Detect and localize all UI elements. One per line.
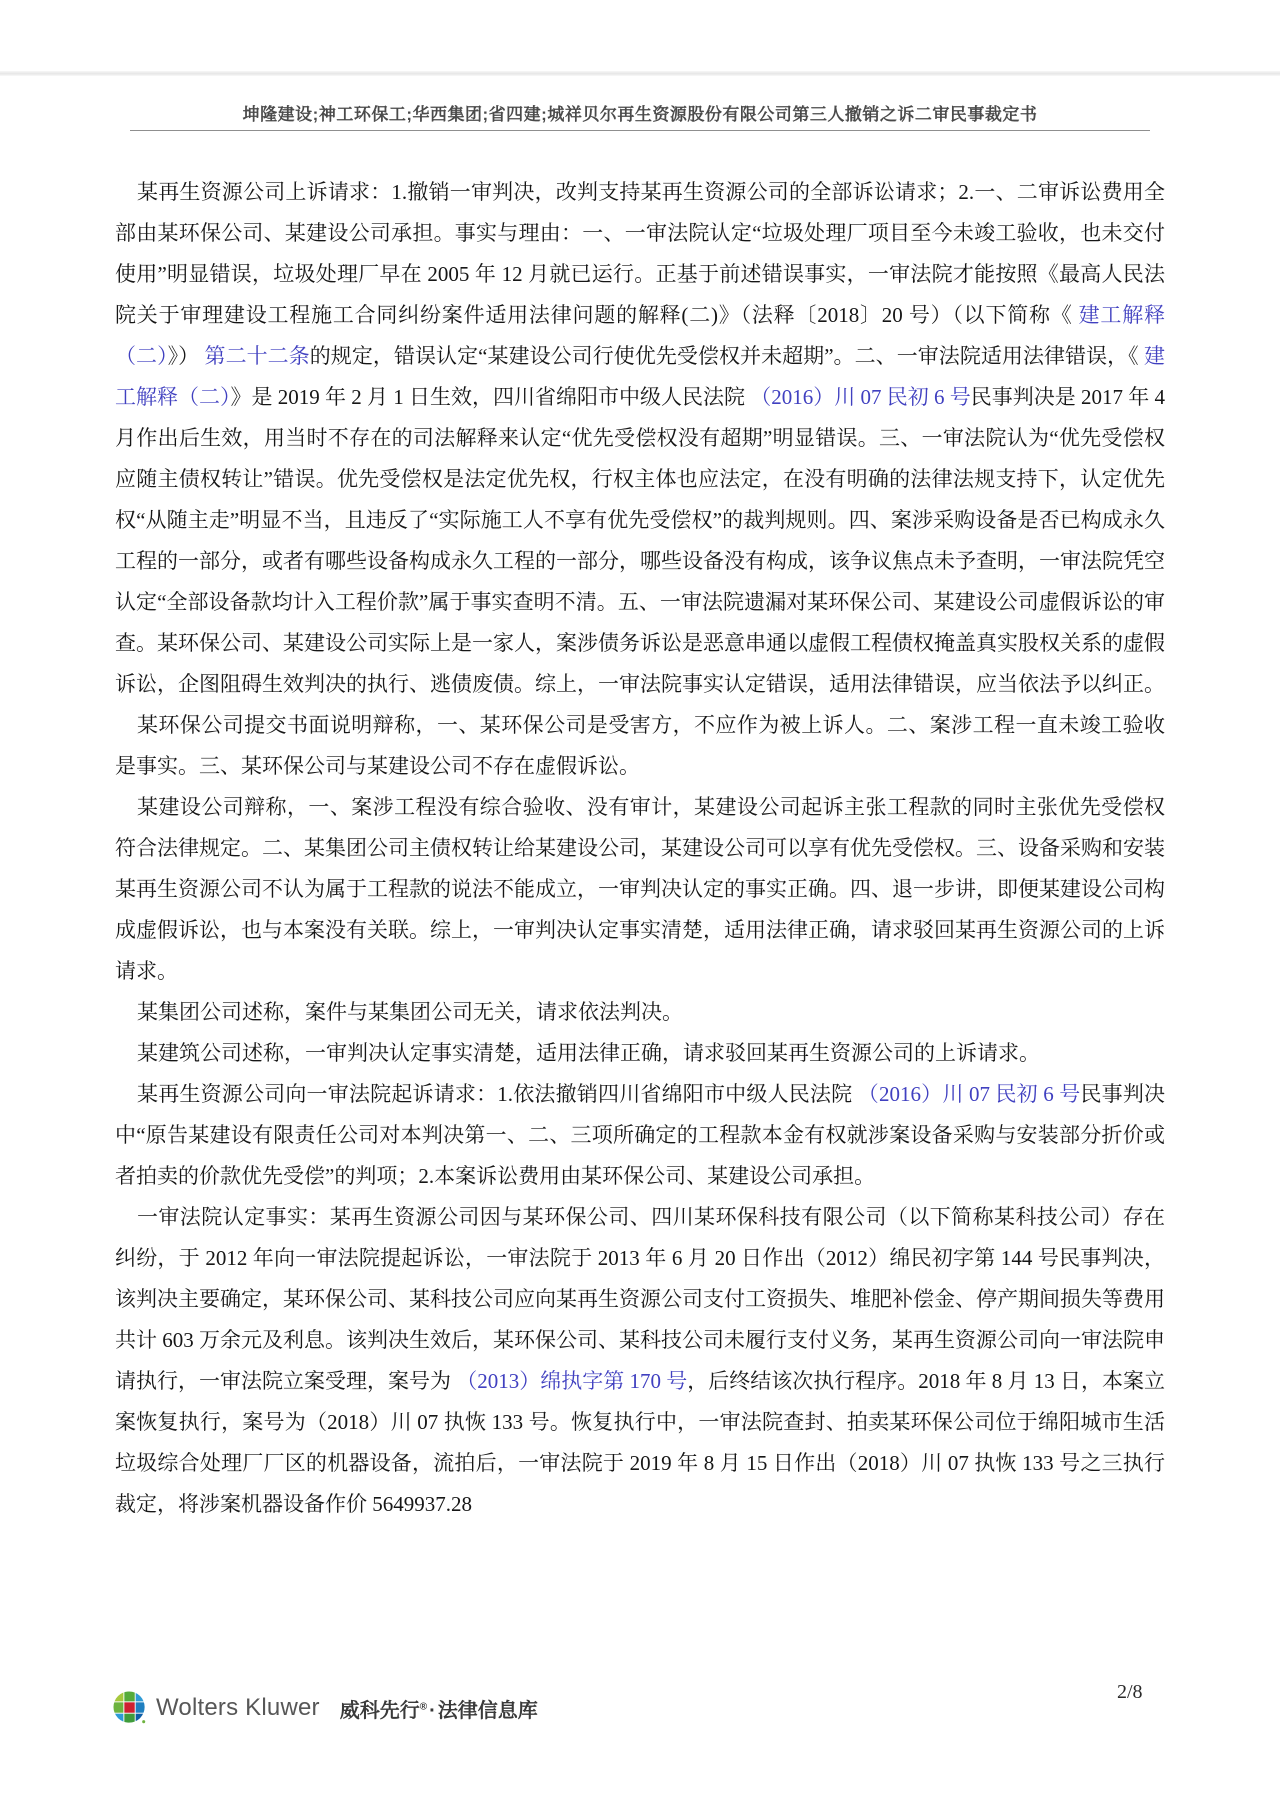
wolters-kluwer-wordmark: Wolters Kluwer bbox=[156, 1694, 320, 1722]
case-reference-link[interactable]: （2013）绵执字第 170 号 bbox=[456, 1369, 687, 1393]
law-article-link[interactable]: 第二十二条 bbox=[205, 344, 310, 368]
paragraph: 某建设公司辩称，一、案涉工程没有综合验收、没有审计，某建设公司起诉主张工程款的同… bbox=[115, 787, 1165, 992]
text-run: 某建设公司辩称，一、案涉工程没有综合验收、没有审计，某建设公司起诉主张工程款的同… bbox=[115, 795, 1165, 983]
product-suffix: 法律信息库 bbox=[438, 1700, 538, 1722]
header-divider bbox=[130, 130, 1150, 131]
paragraph: 某再生资源公司上诉请求：1.撤销一审判决，改判支持某再生资源公司的全部诉讼请求；… bbox=[115, 172, 1165, 705]
paragraph: 某集团公司述称，案件与某集团公司无关，请求依法判决。 bbox=[115, 992, 1165, 1033]
registered-mark: ® bbox=[420, 1701, 427, 1712]
logo-dot bbox=[142, 1720, 145, 1723]
page-indicator: 2/8 bbox=[1117, 1681, 1143, 1704]
document-header-title: 坤隆建设;神工环保工;华西集团;省四建;城祥贝尔再生资源股份有限公司第三人撤销之… bbox=[0, 100, 1280, 125]
text-run: 某环保公司提交书面说明辩称，一、某环保公司是受害方，不应作为被上诉人。二、案涉工… bbox=[115, 713, 1165, 778]
text-run: 某再生资源公司上诉请求：1.撤销一审判决，改判支持某再生资源公司的全部诉讼请求；… bbox=[115, 180, 1165, 327]
paragraph: 一审法院认定事实：某再生资源公司因与某环保公司、四川某环保科技有限公司（以下简称… bbox=[115, 1197, 1165, 1525]
product-name: 威科先行®·法律信息库 bbox=[340, 1694, 538, 1723]
text-run: 某建筑公司述称，一审判决认定事实清楚，适用法律正确，请求驳回某再生资源公司的上诉… bbox=[137, 1041, 1040, 1065]
legal-document-page: { "page": { "header_title": "坤隆建设;神工环保工;… bbox=[0, 0, 1280, 1795]
text-run: 某再生资源公司向一审法院起诉请求：1.依法撤销四川省绵阳市中级人民法院 bbox=[137, 1082, 858, 1106]
separator-dot: · bbox=[429, 1700, 436, 1722]
text-run: 某集团公司述称，案件与某集团公司无关，请求依法判决。 bbox=[137, 1000, 683, 1024]
text-run: 一审法院认定事实：某再生资源公司因与某环保公司、四川某环保科技有限公司（以下简称… bbox=[115, 1205, 1165, 1393]
paragraph: 某建筑公司述称，一审判决认定事实清楚，适用法律正确，请求驳回某再生资源公司的上诉… bbox=[115, 1033, 1165, 1074]
paragraph: 某环保公司提交书面说明辩称，一、某环保公司是受害方，不应作为被上诉人。二、案涉工… bbox=[115, 705, 1165, 787]
text-run: 的规定，错误认定“某建设公司行使优先受偿权并未超期”。二、一审法院适用法律错误，… bbox=[310, 344, 1144, 368]
footer: Wolters Kluwer 威科先行®·法律信息库 bbox=[113, 1689, 538, 1727]
wolters-kluwer-logo bbox=[113, 1691, 147, 1725]
text-run: 民事判决是 2017 年 4 月作出后生效，用当时不存在的司法解释来认定“优先受… bbox=[115, 385, 1165, 696]
text-run: 》） bbox=[168, 344, 205, 368]
document-body: 某再生资源公司上诉请求：1.撤销一审判决，改判支持某再生资源公司的全部诉讼请求；… bbox=[115, 172, 1165, 1525]
page-edge-shadow bbox=[0, 71, 1280, 76]
paragraph: 某再生资源公司向一审法院起诉请求：1.依法撤销四川省绵阳市中级人民法院 （201… bbox=[115, 1074, 1165, 1197]
text-run: 》是 2019 年 2 月 1 日生效，四川省绵阳市中级人民法院 bbox=[231, 385, 751, 409]
product-name-cn: 威科先行 bbox=[340, 1700, 420, 1722]
case-reference-link[interactable]: （2016）川 07 民初 6 号 bbox=[750, 385, 971, 409]
case-reference-link[interactable]: （2016）川 07 民初 6 号 bbox=[858, 1082, 1081, 1106]
